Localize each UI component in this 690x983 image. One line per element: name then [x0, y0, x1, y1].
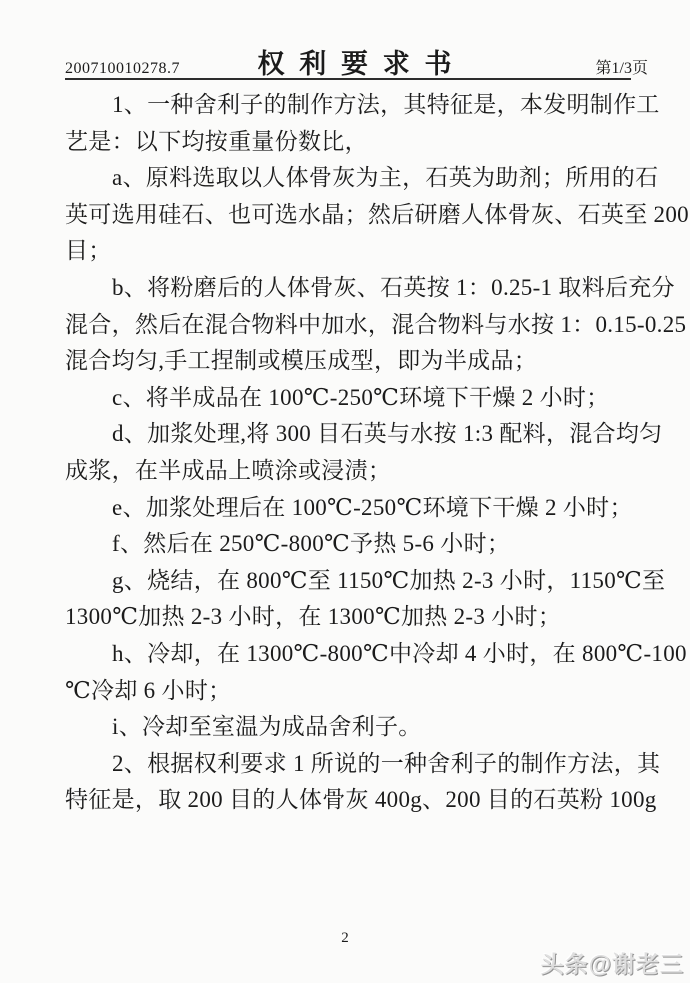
page-indicator: 第1/3页 — [456, 55, 649, 78]
toutiao-watermark: 头条@谢老三 — [541, 946, 684, 979]
claim-line: 特征是，取 200 目的人体骨灰 400g、200 目的石英粉 100g — [65, 782, 645, 819]
document-page: 200710010278.7 权 利 要 求 书 第1/3页 1、一种舍利子的制… — [0, 0, 690, 983]
document-title: 权 利 要 求 书 — [258, 42, 456, 81]
claim-line: a、原料选取以人体骨灰为主，石英为助剂；所用的石 — [65, 160, 645, 197]
claim-line: 成浆，在半成品上喷涂或浸渍； — [65, 453, 645, 490]
claim-line: c、将半成品在 100℃-250℃环境下干燥 2 小时； — [65, 380, 645, 417]
application-number: 200710010278.7 — [65, 60, 258, 78]
document-header: 200710010278.7 权 利 要 求 书 第1/3页 — [65, 42, 648, 81]
claim-line: b、将粉磨后的人体骨灰、石英按 1：0.25-1 取料后充分 — [65, 270, 645, 307]
claim-line: 英可选用硅石、也可选水晶；然后研磨人体骨灰、石英至 200 — [65, 197, 645, 234]
header-divider — [65, 78, 631, 80]
claim-line: d、加浆处理,将 300 目石英与水按 1:3 配料，混合均匀 — [65, 416, 645, 453]
claims-body: 1、一种舍利子的制作方法，其特征是，本发明制作工艺是：以下均按重量份数比，a、原… — [65, 87, 645, 819]
claim-line: 混合均匀,手工捏制或模压成型，即为半成品； — [65, 343, 645, 380]
claim-line: 混合，然后在混合物料中加水，混合物料与水按 1：0.15-0.25 — [65, 307, 645, 344]
claim-line: 目； — [65, 233, 645, 270]
claim-line: ℃冷却 6 小时； — [65, 673, 645, 710]
footer-page-number: 2 — [0, 930, 690, 947]
claim-line: f、然后在 250℃-800℃予热 5-6 小时； — [65, 526, 645, 563]
claim-line: 1300℃加热 2-3 小时，在 1300℃加热 2-3 小时； — [65, 599, 645, 636]
claim-line: 2、根据权利要求 1 所说的一种舍利子的制作方法，其 — [65, 746, 645, 783]
claim-line: h、冷却，在 1300℃-800℃中冷却 4 小时，在 800℃-100 — [65, 636, 645, 673]
claim-line: i、冷却至室温为成品舍利子。 — [65, 709, 645, 746]
claim-line: 1、一种舍利子的制作方法，其特征是，本发明制作工 — [65, 87, 645, 124]
claim-line: g、烧结，在 800℃至 1150℃加热 2-3 小时，1150℃至 — [65, 563, 645, 600]
claim-line: e、加浆处理后在 100℃-250℃环境下干燥 2 小时； — [65, 490, 645, 527]
claim-line: 艺是：以下均按重量份数比， — [65, 124, 645, 161]
